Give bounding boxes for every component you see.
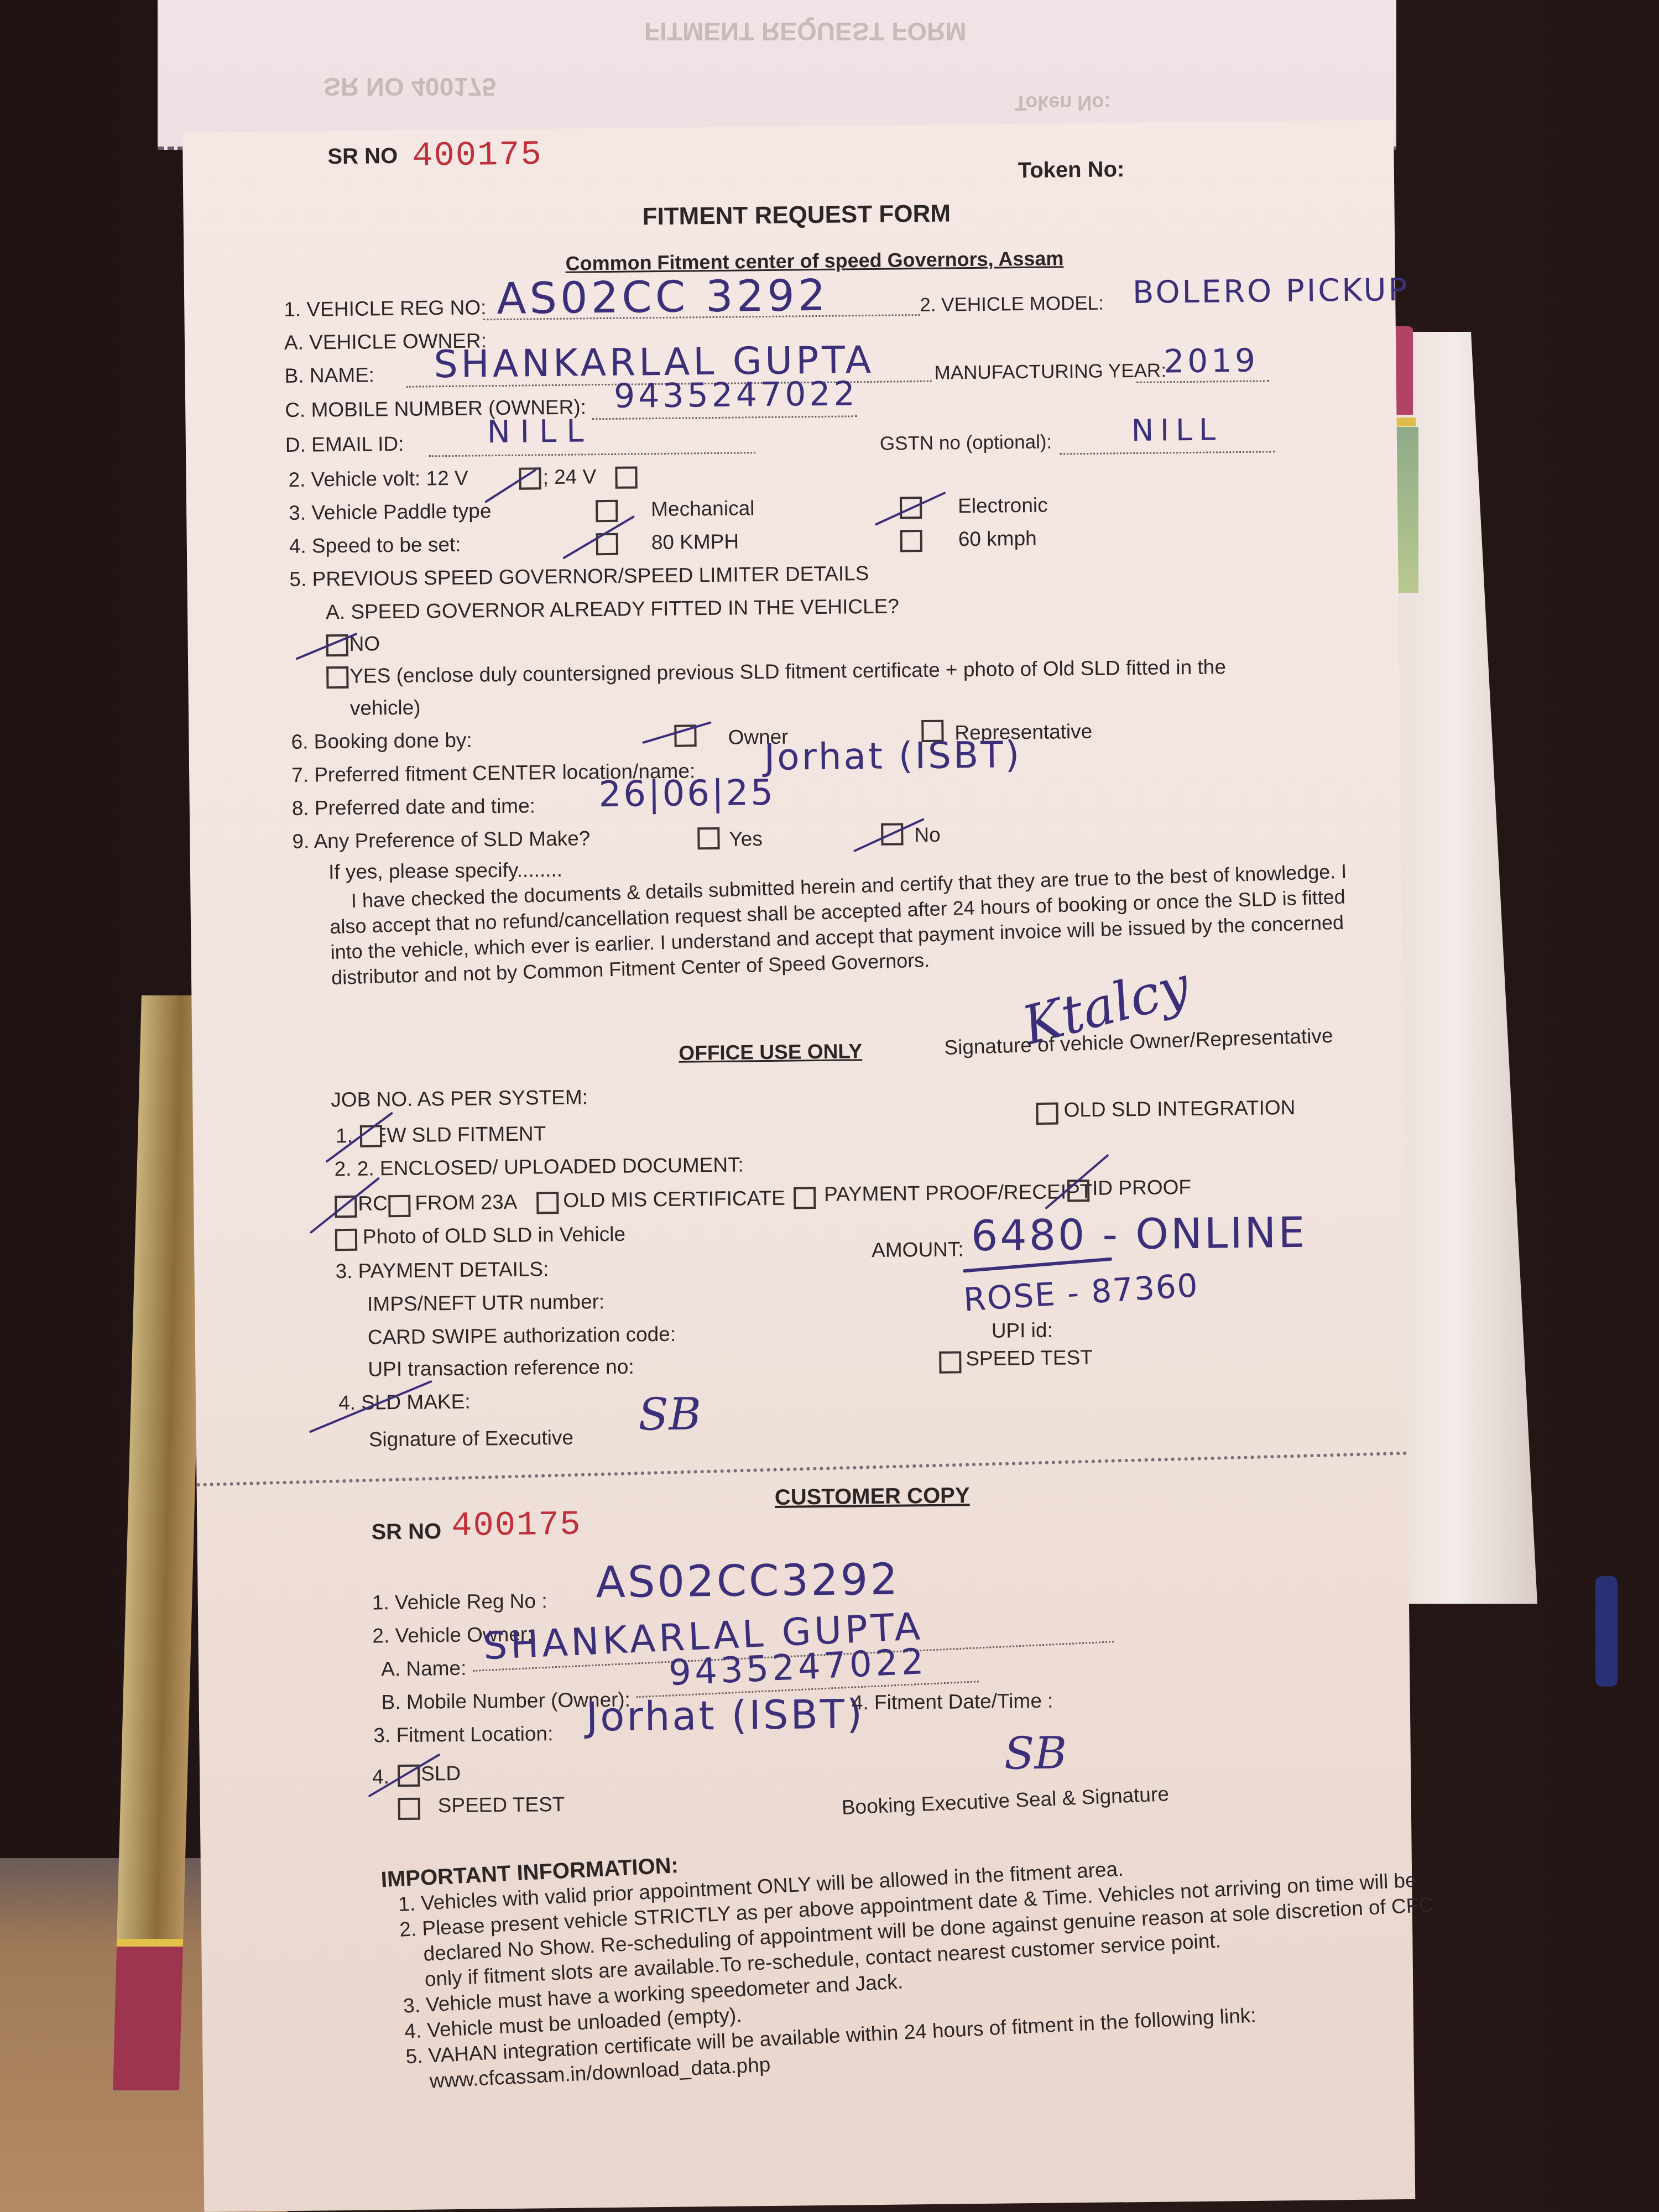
speed-60-label: 60 kmph: [958, 526, 1037, 552]
upi-ref-label: UPI transaction reference no:: [368, 1355, 634, 1382]
volt-24-checkbox[interactable]: [615, 466, 637, 488]
prev-governor-question: A. SPEED GOVERNOR ALREADY FITTED IN THE …: [326, 594, 899, 624]
paddle-electronic-label: Electronic: [958, 493, 1048, 519]
spine-stripe-red: [113, 1947, 183, 2090]
date-value[interactable]: 26|06|25: [598, 773, 775, 815]
office-use-only: OFFICE USE ONLY: [679, 1039, 862, 1066]
mobile-value[interactable]: 9435247022: [614, 374, 858, 416]
cc-sld-label: SLD: [421, 1761, 461, 1786]
payment-label: 3. PAYMENT DETAILS:: [335, 1257, 549, 1284]
name-label: B. NAME:: [284, 363, 374, 388]
speed-60-checkbox[interactable]: [900, 530, 922, 552]
model-label: 2. VEHICLE MODEL:: [920, 292, 1104, 317]
amount-label: AMOUNT:: [872, 1237, 964, 1262]
card-swipe-label: CARD SWIPE authorization code:: [368, 1322, 676, 1350]
office-speed-test-checkbox[interactable]: [939, 1351, 961, 1373]
cc-speed-test-checkbox[interactable]: [398, 1798, 420, 1820]
gstn-value[interactable]: NILL: [1131, 412, 1222, 448]
center-value[interactable]: Jorhat (ISBT): [764, 733, 1021, 779]
cc-sr-label: SR NO: [371, 1518, 441, 1545]
paddle-mechanical-label: Mechanical: [651, 496, 755, 521]
doc-id-label: ID PROOF: [1092, 1175, 1191, 1201]
old-sld-label: OLD SLD INTEGRATION: [1063, 1095, 1295, 1123]
sr-number: 400175: [412, 134, 542, 177]
gstn-label: GSTN no (optional):: [880, 431, 1052, 456]
amount-value[interactable]: 6480 - ONLINE: [971, 1208, 1307, 1260]
email-label: D. EMAIL ID:: [285, 432, 404, 458]
doc-form23a-checkbox[interactable]: [388, 1195, 410, 1217]
cc-name-label: A. Name:: [381, 1656, 467, 1682]
prev-governor-label: 5. PREVIOUS SPEED GOVERNOR/SPEED LIMITER…: [289, 561, 869, 592]
doc-mis-label: OLD MIS CERTIFICATE: [563, 1186, 785, 1213]
cc-sr-number: 400175: [451, 1505, 582, 1547]
sr-label: SR NO: [327, 143, 398, 170]
mfg-year-label: MANUFACTURING YEAR:: [934, 359, 1166, 384]
upi-id-label: UPI id:: [992, 1318, 1053, 1344]
docs-label: 2. 2. ENCLOSED/ UPLOADED DOCUMENT:: [334, 1152, 744, 1181]
reg-label: 1. VEHICLE REG NO:: [284, 295, 486, 322]
model-value[interactable]: BOLERO PICKUP: [1133, 272, 1410, 311]
cc-speed-test-label: SPEED TEST: [437, 1792, 565, 1818]
cc-reg-value[interactable]: AS02CC3292: [596, 1555, 900, 1608]
make-yes-label: Yes: [729, 827, 763, 852]
date-label: 8. Preferred date and time:: [292, 794, 536, 821]
paddle-mechanical-checkbox[interactable]: [596, 500, 618, 522]
cc-location-label: 3. Fitment Location:: [373, 1721, 553, 1748]
perforation-line: [197, 1452, 1407, 1486]
booking-label: 6. Booking done by:: [291, 728, 472, 755]
mirrored-token: Token No:: [1015, 91, 1110, 114]
token-label: Token No:: [1018, 156, 1125, 184]
exec-signature: SB: [638, 1388, 702, 1440]
doc-id-checkbox[interactable]: [1067, 1180, 1089, 1202]
photo-old-label: Photo of OLD SLD in Vehicle: [363, 1222, 626, 1249]
spine-stripe-yellow: [117, 1939, 183, 1947]
amount-reference[interactable]: ROSE - 87360: [962, 1266, 1199, 1319]
prev-no-label: NO: [349, 632, 380, 656]
doc-payment-checkbox[interactable]: [794, 1187, 816, 1209]
pen: [1595, 1576, 1618, 1687]
mirrored-title: FITMENT REQUEST FORM: [644, 17, 967, 46]
make-yes-checkbox[interactable]: [697, 827, 719, 849]
doc-form23a-label: FROM 23A: [415, 1190, 518, 1215]
mfg-year-value[interactable]: 2019: [1164, 342, 1259, 380]
cc-location-value[interactable]: Jorhat (ISBT): [586, 1691, 865, 1740]
office-speed-test-label: SPEED TEST: [966, 1345, 1093, 1371]
exec-signature-label: Signature of Executive: [369, 1426, 574, 1452]
cc-exec-signature: SB: [1004, 1727, 1067, 1779]
paddle-label: 3. Vehicle Paddle type: [289, 499, 492, 525]
prev-yes-label: YES (enclose duly countersigned previous…: [349, 655, 1226, 688]
customer-copy-title: CUSTOMER COPY: [775, 1482, 970, 1511]
doc-mis-checkbox[interactable]: [536, 1192, 559, 1214]
specify-label: If yes, please specify........: [328, 858, 562, 885]
volt-label: 2. Vehicle volt: 12 V: [288, 466, 468, 493]
email-value[interactable]: NILL: [487, 413, 593, 450]
form-title: FITMENT REQUEST FORM: [642, 199, 951, 232]
job-label: JOB NO. AS PER SYSTEM:: [331, 1085, 588, 1112]
imps-label: IMPS/NEFT UTR number:: [367, 1290, 604, 1317]
speed-label: 4. Speed to be set:: [289, 533, 461, 559]
make-no-label: No: [914, 823, 941, 848]
make-label: 9. Any Preference of SLD Make?: [292, 826, 590, 854]
prev-yes-cont: vehicle): [350, 696, 421, 721]
cc-date-label: 4. Fitment Date/Time :: [852, 1689, 1053, 1715]
speed-80-label: 80 KMPH: [651, 530, 739, 555]
fitment-request-form: SR NO 400175 Token No: FITMENT REQUEST F…: [182, 120, 1415, 2212]
cc-reg-label: 1. Vehicle Reg No :: [372, 1589, 547, 1615]
doc-rc-label: RC: [358, 1191, 388, 1216]
prev-yes-checkbox[interactable]: [326, 666, 348, 688]
cc-exec-label: Booking Executive Seal & Signature: [841, 1782, 1170, 1820]
old-sld-checkbox[interactable]: [1036, 1103, 1058, 1125]
reg-value[interactable]: AS02CC 3292: [497, 271, 829, 324]
important-information: IMPORTANT INFORMATION: Vehicles with val…: [380, 1816, 1441, 2096]
volt-24-label: ; 24 V: [542, 465, 596, 489]
mirrored-sr: SR NO 400175: [324, 72, 496, 102]
photo-old-checkbox[interactable]: [335, 1229, 357, 1251]
